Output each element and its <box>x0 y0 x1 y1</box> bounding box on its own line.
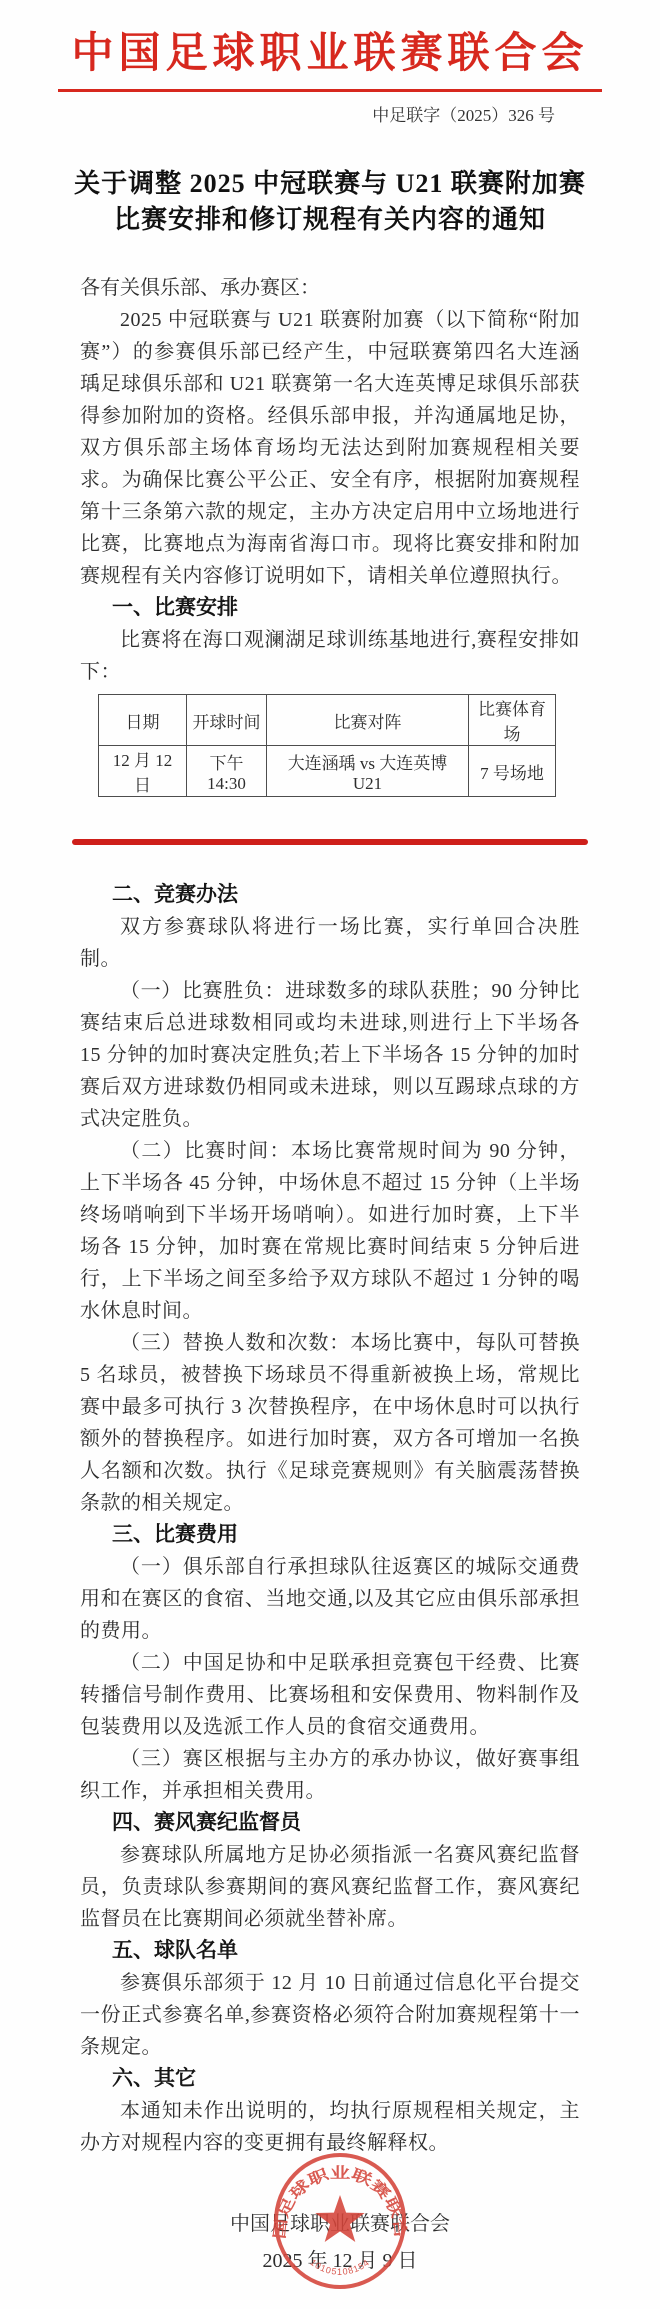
schedule-cell-time: 下午 14:30 <box>187 746 267 797</box>
section-3-paragraph-2: （二）中国足协和中足联承担竞赛包干经费、比赛转播信号制作费用、比赛场租和安保费用… <box>80 1647 580 1743</box>
signature-date: 2025 年 12 月 9 日 <box>195 2243 485 2279</box>
signature-block: 中国足球职业联赛联合会 2025 年 12 月 9 日 中国足球职业联赛联合会 … <box>195 2205 485 2279</box>
official-notice-document: 中国足球职业联赛联合会 中足联字（2025）326 号 关于调整 2025 中冠… <box>0 0 660 2309</box>
section-6-paragraph-1: 本通知未作出说明的，均执行原规程相关规定，主办方对规程内容的变更拥有最终解释权。 <box>80 2095 580 2159</box>
schedule-cell-date: 12 月 12 日 <box>99 746 187 797</box>
notice-title-line-1: 关于调整 2025 中冠联赛与 U21 联赛附加赛 <box>65 166 595 202</box>
section-5-paragraph-1: 参赛俱乐部须于 12 月 10 日前通过信息化平台提交一份正式参赛名单,参赛资格… <box>80 1967 580 2063</box>
intro-paragraph: 2025 中冠联赛与 U21 联赛附加赛（以下简称“附加赛”）的参赛俱乐部已经产… <box>80 304 580 592</box>
section-1-heading: 一、比赛安排 <box>80 592 580 624</box>
schedule-table: 日期 开球时间 比赛对阵 比赛体育场 12 月 12 日 下午 14:30 大连… <box>98 694 556 797</box>
section-3-paragraph-1: （一）俱乐部自行承担球队往返赛区的城际交通费用和在赛区的食宿、当地交通,以及其它… <box>80 1551 580 1647</box>
page-divider <box>72 839 588 845</box>
section-6-heading: 六、其它 <box>80 2063 580 2095</box>
doc-number: 中足联字（2025）326 号 <box>80 106 555 126</box>
schedule-cell-venue: 7 号场地 <box>469 746 556 797</box>
section-3-paragraph-3: （三）赛区根据与主办方的承办协议，做好赛事组织工作，并承担相关费用。 <box>80 1743 580 1807</box>
notice-title-line-2: 比赛安排和修订规程有关内容的通知 <box>65 202 595 238</box>
schedule-header-time: 开球时间 <box>187 695 267 746</box>
masthead-rule <box>58 89 602 92</box>
section-4-paragraph-1: 参赛球队所属地方足协必须指派一名赛风赛纪监督员，负责球队参赛期间的赛风赛纪监督工… <box>80 1839 580 1935</box>
section-5-heading: 五、球队名单 <box>80 1935 580 1967</box>
section-2-paragraph-3: （二）比赛时间：本场比赛常规时间为 90 分钟，上下半场各 45 分钟，中场休息… <box>80 1135 580 1327</box>
notice-title: 关于调整 2025 中冠联赛与 U21 联赛附加赛 比赛安排和修订规程有关内容的… <box>65 166 595 238</box>
schedule-header-match: 比赛对阵 <box>267 695 469 746</box>
section-2-paragraph-2: （一）比赛胜负：进球数多的球队获胜；90 分钟比赛结束后总进球数相同或均未进球,… <box>80 975 580 1135</box>
section-4-heading: 四、赛风赛纪监督员 <box>80 1807 580 1839</box>
section-2-paragraph-1: 双方参赛球队将进行一场比赛，实行单回合决胜制。 <box>80 911 580 975</box>
section-1-paragraph: 比赛将在海口观澜湖足球训练基地进行,赛程安排如下： <box>80 624 580 688</box>
schedule-cell-match: 大连涵瑀 vs 大连英博 U21 <box>267 746 469 797</box>
schedule-data-row: 12 月 12 日 下午 14:30 大连涵瑀 vs 大连英博 U21 7 号场… <box>99 746 556 797</box>
masthead-title: 中国足球职业联赛联合会 <box>55 28 605 80</box>
section-3-heading: 三、比赛费用 <box>80 1519 580 1551</box>
schedule-header-date: 日期 <box>99 695 187 746</box>
section-2-heading: 二、竞赛办法 <box>80 879 580 911</box>
schedule-header-row: 日期 开球时间 比赛对阵 比赛体育场 <box>99 695 556 746</box>
salutation: 各有关俱乐部、承办赛区： <box>80 272 580 304</box>
section-2-paragraph-4: （三）替换人数和次数：本场比赛中，每队可替换 5 名球员，被替换下场球员不得重新… <box>80 1327 580 1519</box>
signature-org: 中国足球职业联赛联合会 <box>195 2205 485 2243</box>
schedule-header-venue: 比赛体育场 <box>469 695 556 746</box>
